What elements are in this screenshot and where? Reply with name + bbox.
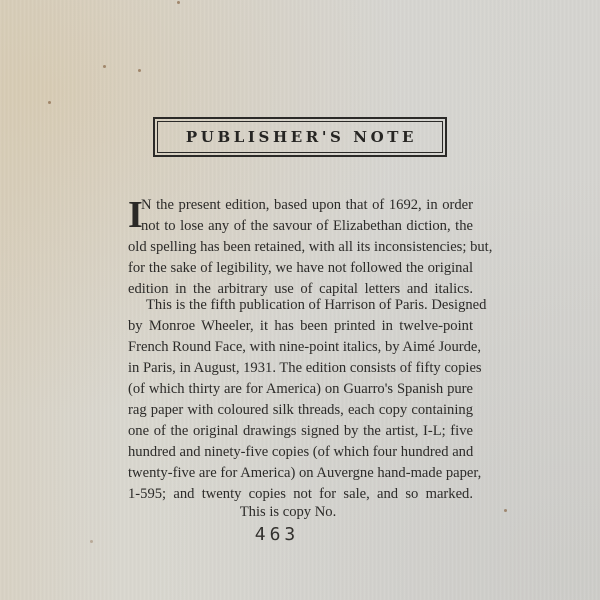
text-line: old spelling has been retained, with all… bbox=[128, 237, 473, 258]
text-line: 1-595; and twenty copies not for sale, a… bbox=[128, 484, 473, 505]
text-line: one of the original drawings signed by t… bbox=[128, 421, 473, 442]
text-line: for the sake of legibility, we have not … bbox=[128, 258, 473, 279]
text-line: French Round Face, with nine-point itali… bbox=[128, 337, 473, 358]
paragraph-colophon: This is the fifth publication of Harriso… bbox=[128, 295, 473, 505]
text-line: rag paper with coloured silk threads, ea… bbox=[128, 400, 473, 421]
copy-label: This is copy No. bbox=[233, 504, 343, 521]
text-line: This is the fifth publication of Harriso… bbox=[128, 295, 473, 316]
paper-speck bbox=[103, 65, 106, 68]
text-line: not to lose any of the savour of Elizabe… bbox=[128, 216, 473, 237]
page-title: PUBLISHER'S NOTE bbox=[183, 128, 417, 146]
text-line: by Monroe Wheeler, it has been printed i… bbox=[128, 316, 473, 337]
text-line: in Paris, in August, 1931. The edition c… bbox=[128, 358, 473, 379]
text-line-content: N the present edition, based upon that o… bbox=[141, 197, 473, 213]
title-frame-inner: PUBLISHER'S NOTE bbox=[157, 121, 443, 153]
paragraph-edition-note: IN the present edition, based upon that … bbox=[128, 195, 473, 300]
paper-speck bbox=[90, 540, 93, 543]
paper-speck bbox=[48, 101, 51, 104]
title-frame: PUBLISHER'S NOTE bbox=[153, 117, 447, 157]
text-line: IN the present edition, based upon that … bbox=[128, 195, 473, 216]
text-line: twenty-five are for America) on Auvergne… bbox=[128, 463, 473, 484]
text-line: (of which thirty are for America) on Gua… bbox=[128, 379, 473, 400]
copy-number: 463 bbox=[245, 524, 309, 545]
drop-cap: I bbox=[128, 196, 143, 234]
paper-speck bbox=[138, 69, 141, 72]
book-page: PUBLISHER'S NOTE IN the present edition,… bbox=[0, 0, 600, 600]
text-line: hundred and ninety-five copies (of which… bbox=[128, 442, 473, 463]
paper-speck bbox=[177, 1, 180, 4]
paper-speck bbox=[504, 509, 507, 512]
